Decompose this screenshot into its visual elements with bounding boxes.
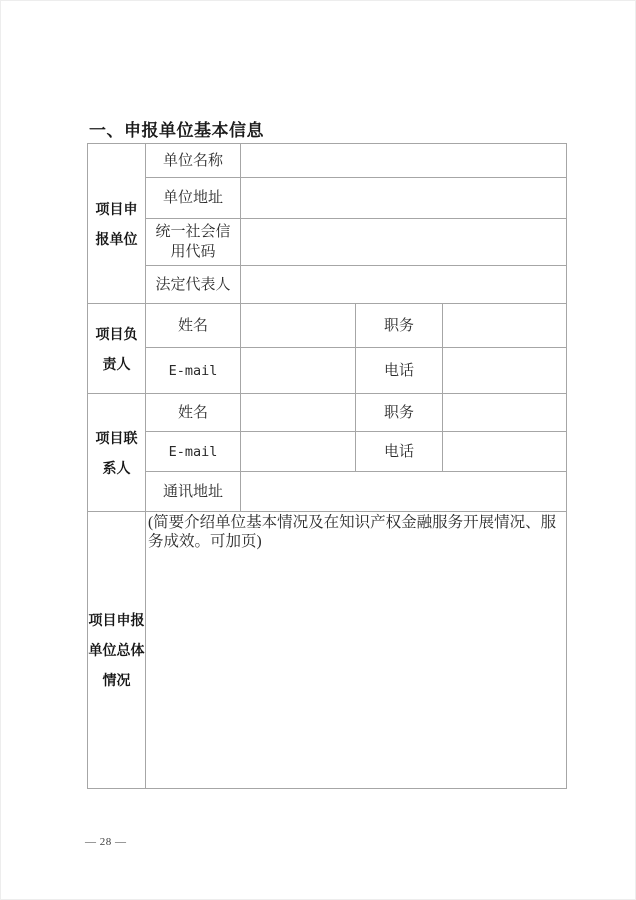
field-label-contact-email: E-mail	[146, 432, 241, 472]
table-row: 项目申 报单位 单位名称	[88, 144, 567, 178]
table-row: E-mail 电话	[88, 348, 567, 394]
field-value-contact-phone[interactable]	[443, 432, 567, 472]
table-row: 单位地址	[88, 178, 567, 219]
field-label-mailing-address: 通讯地址	[146, 472, 241, 512]
table-row: 统一社会信 用代码	[88, 219, 567, 266]
field-value-leader-phone[interactable]	[443, 348, 567, 394]
field-label-leader-email: E-mail	[146, 348, 241, 394]
applicant-info-table: 项目申 报单位 单位名称 单位地址 统一社会信 用代码 法定代表人 项目负 责人…	[87, 143, 567, 789]
page-number: — 28 —	[85, 836, 127, 848]
field-value-leader-email[interactable]	[241, 348, 356, 394]
field-value-mailing-address[interactable]	[241, 472, 567, 512]
field-label-unit-address: 单位地址	[146, 178, 241, 219]
table-row: 项目负 责人 姓名 职务	[88, 304, 567, 348]
field-value-contact-position[interactable]	[443, 394, 567, 432]
unit-overview-placeholder[interactable]: (简要介绍单位基本情况及在知识产权金融服务开展情况、服务成效。可加页)	[146, 512, 567, 789]
section-label-applicant-unit: 项目申 报单位	[88, 144, 146, 304]
table-row: E-mail 电话	[88, 432, 567, 472]
table-row: 项目联 系人 姓名 职务	[88, 394, 567, 432]
field-value-contact-email[interactable]	[241, 432, 356, 472]
document-page: 一、申报单位基本信息 项目申 报单位 单位名称 单位地址 统一社会信 用代码 法…	[0, 0, 636, 900]
field-label-contact-phone: 电话	[356, 432, 443, 472]
field-label-contact-name: 姓名	[146, 394, 241, 432]
field-value-leader-name[interactable]	[241, 304, 356, 348]
table-row: 项目申报 单位总体 情况 (简要介绍单位基本情况及在知识产权金融服务开展情况、服…	[88, 512, 567, 789]
section-label-unit-overview: 项目申报 单位总体 情况	[88, 512, 146, 789]
field-label-leader-name: 姓名	[146, 304, 241, 348]
field-value-legal-representative[interactable]	[241, 266, 567, 304]
field-label-leader-position: 职务	[356, 304, 443, 348]
field-value-contact-name[interactable]	[241, 394, 356, 432]
section-label-project-contact: 项目联 系人	[88, 394, 146, 512]
table-row: 法定代表人	[88, 266, 567, 304]
field-label-leader-phone: 电话	[356, 348, 443, 394]
field-label-legal-representative: 法定代表人	[146, 266, 241, 304]
field-label-unit-name: 单位名称	[146, 144, 241, 178]
table-row: 通讯地址	[88, 472, 567, 512]
field-value-unit-address[interactable]	[241, 178, 567, 219]
section-label-project-leader: 项目负 责人	[88, 304, 146, 394]
field-value-leader-position[interactable]	[443, 304, 567, 348]
field-value-unit-name[interactable]	[241, 144, 567, 178]
field-label-contact-position: 职务	[356, 394, 443, 432]
field-label-credit-code: 统一社会信 用代码	[146, 219, 241, 266]
field-value-credit-code[interactable]	[241, 219, 567, 266]
section-heading: 一、申报单位基本信息	[89, 116, 264, 141]
